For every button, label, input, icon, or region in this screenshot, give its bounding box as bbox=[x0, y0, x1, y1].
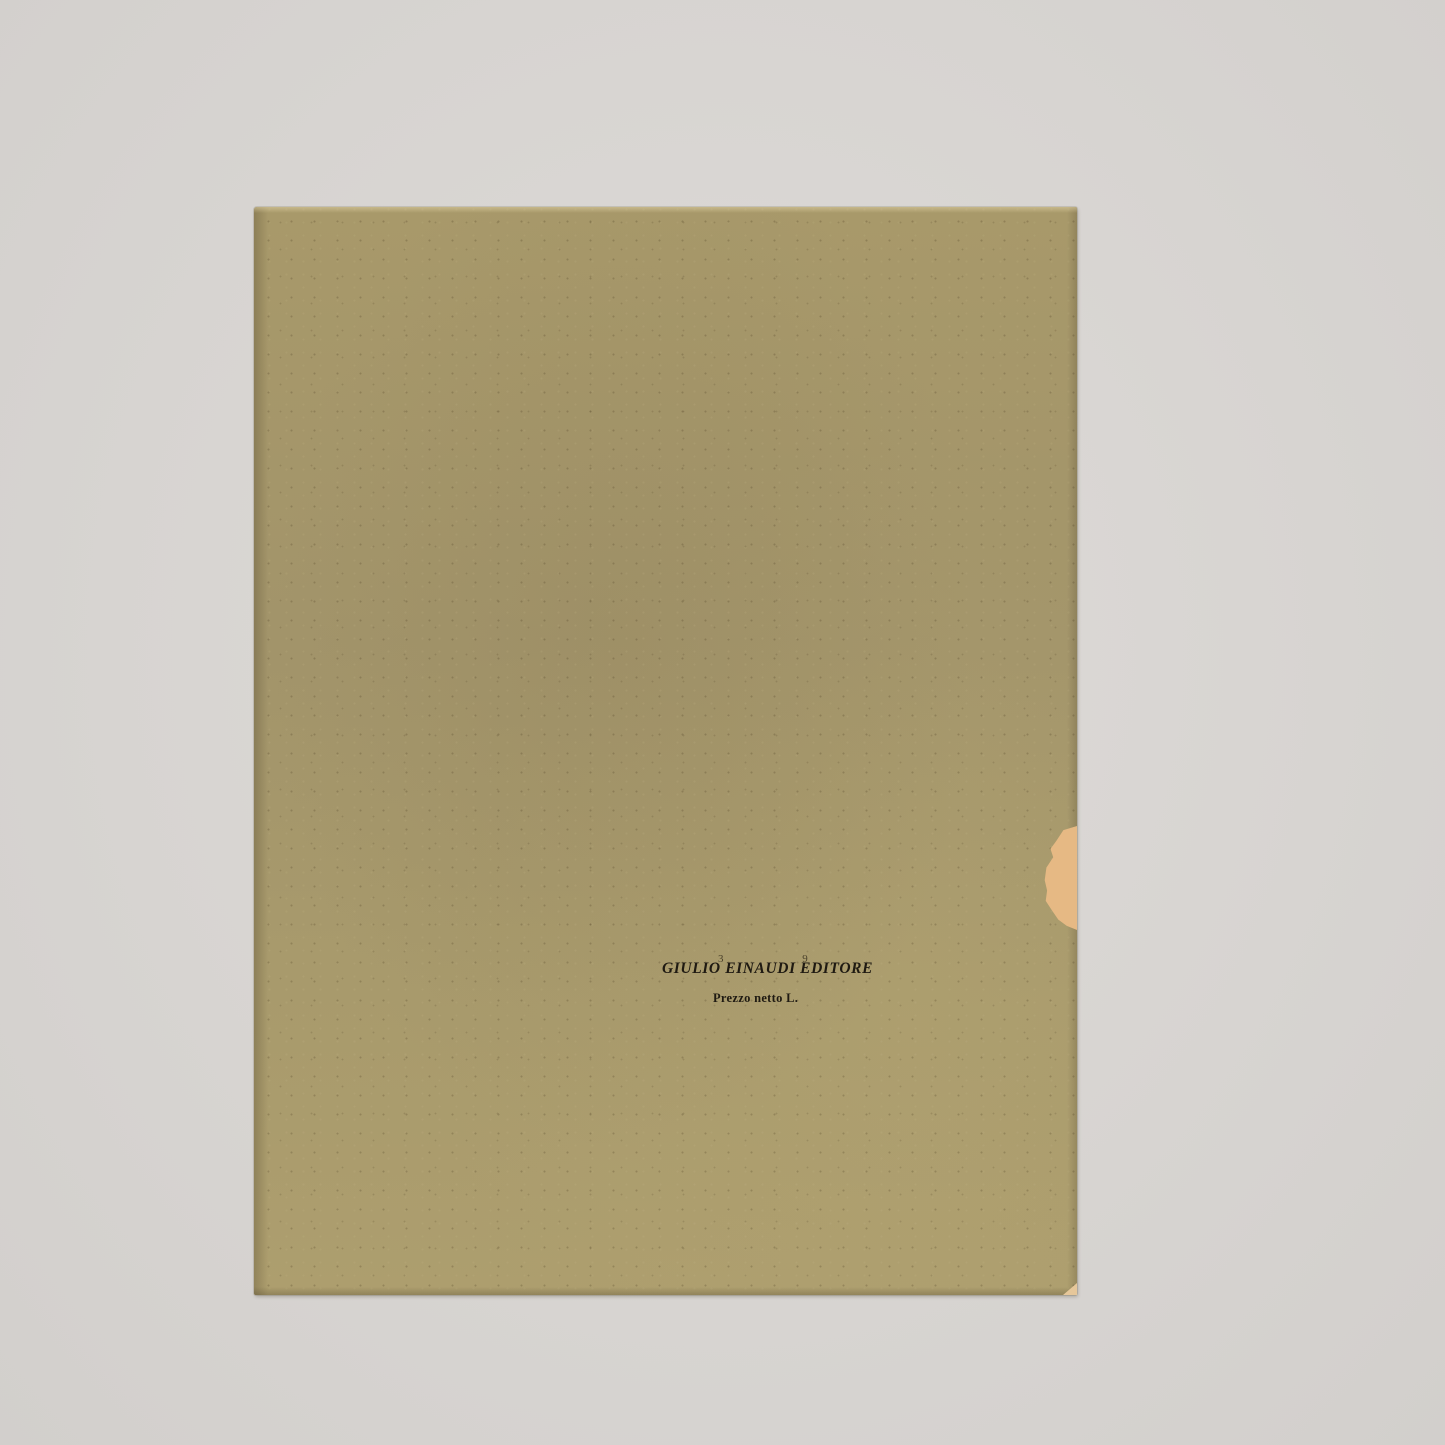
cover-edge-right bbox=[1067, 207, 1077, 1295]
publisher-name: GIULIO EINAUDI EDITORE bbox=[662, 960, 962, 978]
cover-edge-bottom bbox=[254, 1287, 1077, 1295]
book-back-cover bbox=[254, 207, 1077, 1295]
price-label: Prezzo netto L. bbox=[713, 991, 798, 1006]
cover-edge-left bbox=[254, 207, 268, 1295]
cover-speckle bbox=[254, 207, 1077, 1295]
cover-edge-top bbox=[254, 207, 1077, 213]
